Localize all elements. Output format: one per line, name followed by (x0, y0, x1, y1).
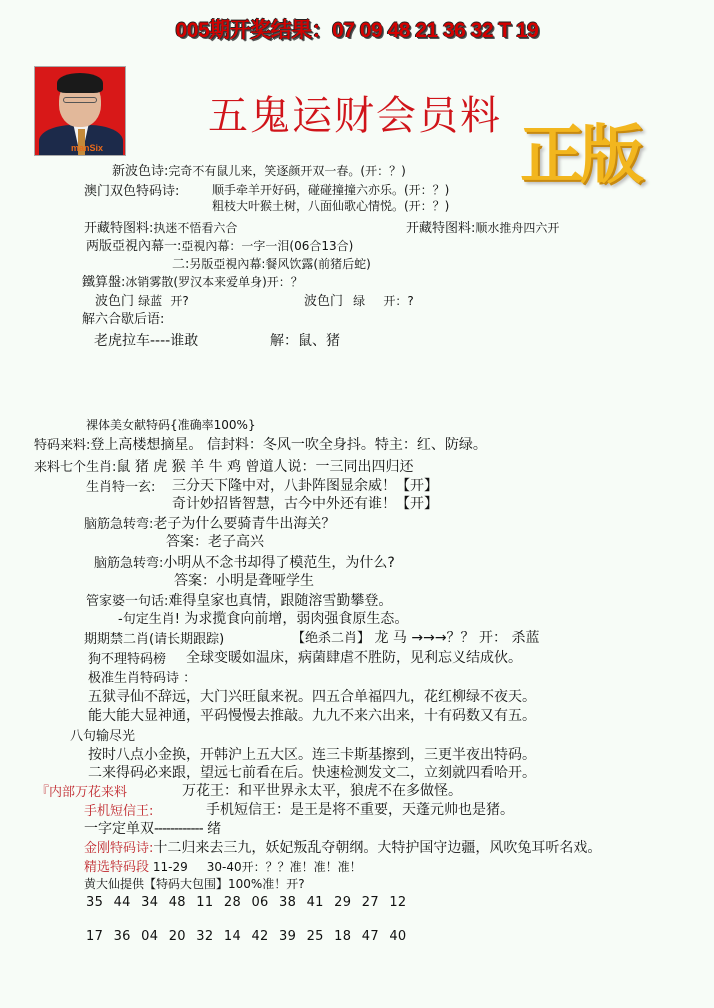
yashi-2-text: 另版亞視內幕:餐风饮露(前猪后蛇) (189, 257, 370, 271)
tema-source: 特码来料:登上高楼想摘星。 信封料：冬风一吹全身抖。特主：红、防绿。 (34, 434, 487, 454)
wave-door-1-value: 绿蓝 (138, 294, 162, 308)
tema-source-label: 特码来料: (34, 438, 90, 453)
housekeeper-saying: 管家婆一句话:难得皇家也真情，跟随溶雪勤攀登。 (86, 590, 392, 610)
wave-door-2-open: 开：? (383, 294, 413, 308)
vajra-poem-label: 金刚特码诗: (84, 841, 153, 856)
number-row-1: 35 44 34 48 11 28 06 38 41 29 27 12 (86, 895, 406, 910)
eight-lines-label: 八句输尽光 (70, 725, 135, 744)
ban-two-label: 期期禁二肖(请长期跟踪) (84, 628, 224, 647)
abacus-label: 鐵算盤: (82, 275, 125, 290)
single-double-label: 一字定单双 (84, 821, 154, 837)
yashi-2-label: 二: (172, 257, 189, 272)
draw-result-header: 005期开奖结果：07 09 48 21 36 32 T 19 (0, 14, 714, 44)
new-wave-poem-text: 完奇不有鼠儿来，笑逐颜开双一春。(开：？) (168, 164, 405, 178)
dog-list-text: 全球变暖如温床，病菌肆虐不胜防，见利忘义结成伙。 (186, 647, 522, 667)
selected-range: 精选特码段 11-29 30-40开：？？准！准！准！ (84, 856, 362, 875)
kaicang-2-text: 顺水推舟四六开 (475, 221, 559, 235)
brain-teaser-1-question: 老子为什么要骑青牛出海关？ (153, 516, 335, 532)
brain-teaser-1-label: 脑筋急转弯: (84, 517, 153, 532)
riddle-answer: 解：鼠、猪 (270, 330, 340, 350)
photo-logo: manSix (71, 143, 103, 153)
brain-teaser-1-answer: 答案：老子高兴 (166, 531, 264, 551)
kaicang-1-label: 开藏特图料: (84, 221, 153, 236)
sms-king-label: 手机短信王: (84, 800, 153, 819)
new-wave-poem: 新波色诗:完奇不有鼠儿来，笑逐颜开双一春。(开：？) (112, 160, 406, 179)
yashi-1-label: 两版亞視內幕一: (86, 239, 181, 254)
vajra-poem: 金刚特码诗:十二归来去三九，妖妃叛乱夺朝纲。大特护国守边疆，风吹兔耳听名戏。 (84, 837, 601, 857)
yashi-2: 二:另版亞視內幕:餐风饮露(前猪后蛇) (172, 253, 371, 272)
wave-door-1: 波色门 绿蓝 开? (95, 290, 189, 309)
abacus-text: 冰销雾散(罗汉本来爱单身)开：？ (125, 275, 302, 289)
single-double-dashes: ------------ (154, 821, 203, 837)
sms-king-text: 手机短信王：是王是将不重要，天蓬元帅也是猪。 (206, 799, 514, 819)
one-sentence-label: -句定生肖! (118, 612, 180, 627)
vajra-poem-text: 十二归来去三九，妖妃叛乱夺朝纲。大特护国守边疆，风吹兔耳听名戏。 (153, 840, 601, 856)
single-double: 一字定单双------------ 绪 (84, 818, 221, 838)
single-double-value: 绪 (207, 821, 221, 837)
zodiac-mystery-label: 生肖特一玄: (86, 476, 155, 495)
accurate-poem-line-1: 五狱寻仙不辞远，大门兴旺鼠来祝。四五合单福四九，花红柳绿不夜天。 (88, 686, 536, 706)
zodiac-mystery-line-2: 奇计妙招皆智慧，古今中外还有谁！【开】 (172, 493, 438, 513)
seven-zodiac-label: 来料七个生肖: (34, 460, 116, 475)
macau-poem-label: 澳门双色特码诗: (84, 180, 179, 199)
eight-lines-line-1: 按时八点小金换，开韩沪上五大区。连三卡斯基擦到，三更半夜出特码。 (88, 744, 536, 764)
kaicang-2: 开藏特图料:顺水推舟四六开 (406, 217, 559, 236)
dog-list-label: 狗不理特码榜 (88, 648, 166, 667)
yashi-1: 两版亞視內幕一:亞視內幕：一字一泪(06合13合) (86, 235, 353, 254)
kaicang-2-label: 开藏特图料: (406, 221, 475, 236)
wanhua-text: 万花王：和平世界永太平，狼虎不在多做怪。 (182, 780, 462, 800)
ban-two-result: 【绝杀二肖】 龙 马 →→→？？ 开： 杀蓝 (292, 627, 539, 647)
one-sentence-zodiac: -句定生肖! 为求揽食向前增，弱肉强食原生态。 (118, 608, 408, 628)
wave-door-1-label: 波色门 (95, 294, 134, 309)
riddle-question: 老虎拉车----谁敢 (94, 330, 198, 350)
macau-poem-line-1: 顺手牵羊开好码，碰碰撞撞六亦乐。(开：？) (212, 181, 449, 198)
new-wave-poem-label: 新波色诗: (112, 164, 168, 179)
avatar-photo: manSix (34, 66, 126, 156)
housekeeper-text: 难得皇家也真情，跟随溶雪勤攀登。 (168, 593, 392, 609)
selected-range-text: 11-29 30-40开：？？准！准！准！ (153, 860, 362, 874)
kaicang-1-text: 执迷不悟看六合 (153, 221, 237, 235)
riddle-label: 解六合歇后语: (82, 308, 164, 327)
huang-daxian-line: 黄大仙提供【特码大包围】100%准！开? (84, 875, 305, 892)
brain-teaser-1: 脑筋急转弯:老子为什么要骑青牛出海关？ (84, 513, 335, 533)
zodiac-mystery-line-1: 三分天下隆中对，八卦阵图显余威！【开】 (172, 475, 438, 495)
macau-poem-line-2: 粗枝大叶猴土树，八面仙歌心情悦。(开：？) (212, 197, 449, 214)
selected-range-label: 精选特码段 (84, 860, 149, 875)
page-title: 五鬼运财会员料 (208, 84, 502, 141)
tema-source-text: 登上高楼想摘星。 信封料：冬风一吹全身抖。特主：红、防绿。 (90, 437, 486, 453)
accurate-poem-line-2: 能大能大显神通，平码慢慢去推敲。九九不来六出来，十有码数又有五。 (88, 705, 536, 725)
brain-teaser-2-label: 脑筋急转弯: (94, 556, 163, 571)
wanhua-label: 『内部万花来料 (36, 781, 127, 800)
photo-glasses (63, 97, 97, 103)
number-row-2: 17 36 04 20 32 14 42 39 25 18 47 40 (86, 929, 406, 944)
accurate-poem-label: 极准生肖特码诗 ： (88, 667, 196, 686)
wave-door-2-label: 波色门 (304, 294, 343, 309)
wave-door-2-value: 绿 (353, 294, 365, 308)
nude-title: 裸体美女献特码{准确率100%} (86, 416, 256, 433)
photo-hair (57, 73, 103, 93)
brain-teaser-2: 脑筋急转弯:小明从不念书却得了模范生，为什么? (94, 552, 395, 572)
brain-teaser-2-question: 小明从不念书却得了模范生，为什么? (163, 555, 394, 571)
eight-lines-line-2: 二来得码必来跟，望远七前看在后。快速检测发文二，立刻就四看哈开。 (88, 762, 536, 782)
wave-door-1-open: 开? (170, 294, 188, 308)
seven-zodiac-text: 鼠 猪 虎 猴 羊 牛 鸡 曾道人说：一三同出四归还 (116, 459, 413, 475)
kaicang-1: 开藏特图料:执迷不悟看六合 (84, 217, 237, 236)
housekeeper-label: 管家婆一句话: (86, 594, 168, 609)
abacus: 鐵算盤:冰销雾散(罗汉本来爱单身)开：？ (82, 271, 303, 290)
seven-zodiac: 来料七个生肖:鼠 猪 虎 猴 羊 牛 鸡 曾道人说：一三同出四归还 (34, 456, 414, 476)
brain-teaser-2-answer: 答案：小明是聋哑学生 (174, 570, 314, 590)
wave-door-2: 波色门 绿 开：? (304, 290, 414, 309)
authentic-badge: 正版 (520, 104, 640, 196)
kill-two-label: 【绝杀二肖】 (292, 631, 370, 646)
ban-two-text: 龙 马 →→→？？ 开： 杀蓝 (374, 630, 539, 646)
yashi-1-text: 亞視內幕：一字一泪(06合13合) (181, 239, 353, 253)
one-sentence-text: 为求揽食向前增，弱肉强食原生态。 (184, 611, 408, 627)
